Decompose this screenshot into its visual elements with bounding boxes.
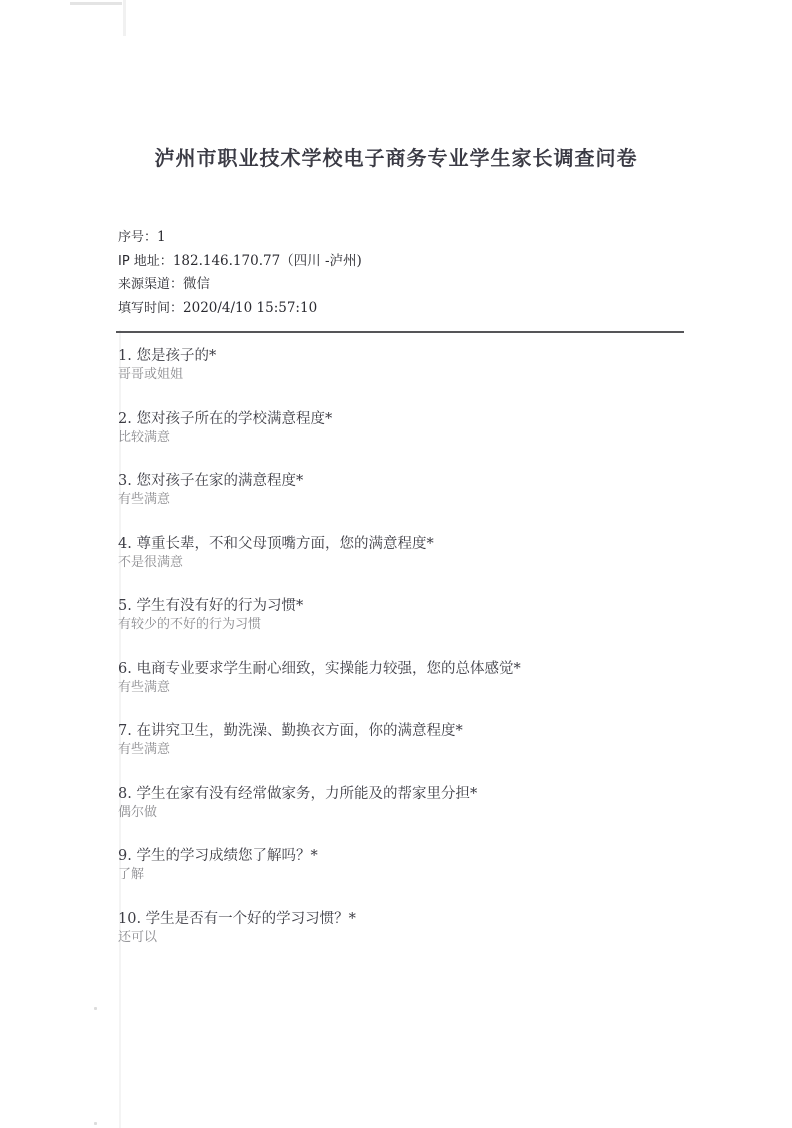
section-divider xyxy=(116,331,684,333)
question-item: 7. 在讲究卫生，勤洗澡、勤换衣方面，你的满意程度* 有些满意 xyxy=(118,721,718,784)
meta-value: 182.146.170.77（四川 -泸州) xyxy=(173,253,362,269)
question-title: 4. 尊重长辈，不和父母顶嘴方面，您的满意程度* xyxy=(118,534,718,554)
question-answer: 有较少的不好的行为习惯 xyxy=(118,616,718,634)
scan-artifact xyxy=(70,2,122,5)
question-item: 3. 您对孩子在家的满意程度* 有些满意 xyxy=(118,471,718,534)
question-answer: 有些满意 xyxy=(118,491,718,509)
meta-label: 填写时间： xyxy=(118,301,183,316)
meta-value: 微信 xyxy=(183,276,210,292)
question-title: 1. 您是孩子的* xyxy=(118,346,718,366)
scan-speck xyxy=(94,1007,97,1010)
meta-value: 1 xyxy=(157,229,166,245)
question-answer: 了解 xyxy=(118,866,718,884)
question-item: 5. 学生有没有好的行为习惯* 有较少的不好的行为习惯 xyxy=(118,596,718,659)
question-item: 2. 您对孩子所在的学校满意程度* 比较满意 xyxy=(118,409,718,472)
document-title: 泸州市职业技术学校电子商务专业学生家长调查问卷 xyxy=(0,142,792,171)
question-answer: 有些满意 xyxy=(118,741,718,759)
question-title: 3. 您对孩子在家的满意程度* xyxy=(118,471,718,491)
question-answer: 不是很满意 xyxy=(118,554,718,572)
question-answer: 比较满意 xyxy=(118,429,718,447)
question-title: 6. 电商专业要求学生耐心细致，实操能力较强，您的总体感觉* xyxy=(118,659,718,679)
question-answer: 哥哥或姐姐 xyxy=(118,366,718,384)
meta-serial-number: 序号：1 xyxy=(118,226,362,250)
question-answer: 有些满意 xyxy=(118,679,718,697)
question-item: 1. 您是孩子的* 哥哥或姐姐 xyxy=(118,346,718,409)
question-title: 10. 学生是否有一个好的学习习惯？* xyxy=(118,909,718,929)
question-answer: 还可以 xyxy=(118,929,718,947)
question-title: 2. 您对孩子所在的学校满意程度* xyxy=(118,409,718,429)
scan-artifact xyxy=(123,0,126,36)
meta-label: 来源渠道： xyxy=(118,277,183,292)
meta-fill-time: 填写时间：2020/4/10 15:57:10 xyxy=(118,297,362,321)
meta-source-channel: 来源渠道：微信 xyxy=(118,273,362,297)
question-item: 10. 学生是否有一个好的学习习惯？* 还可以 xyxy=(118,909,718,972)
meta-label: 序号： xyxy=(118,230,157,245)
response-metadata: 序号：1 IP 地址：182.146.170.77（四川 -泸州) 来源渠道：微… xyxy=(118,226,362,320)
question-answer: 偶尔做 xyxy=(118,804,718,822)
meta-value: 2020/4/10 15:57:10 xyxy=(183,300,317,316)
question-title: 8. 学生在家有没有经常做家务，力所能及的帮家里分担* xyxy=(118,784,718,804)
question-item: 4. 尊重长辈，不和父母顶嘴方面，您的满意程度* 不是很满意 xyxy=(118,534,718,597)
question-item: 6. 电商专业要求学生耐心细致，实操能力较强，您的总体感觉* 有些满意 xyxy=(118,659,718,722)
meta-label: IP 地址： xyxy=(118,254,173,269)
question-list: 1. 您是孩子的* 哥哥或姐姐 2. 您对孩子所在的学校满意程度* 比较满意 3… xyxy=(118,346,718,971)
question-title: 7. 在讲究卫生，勤洗澡、勤换衣方面，你的满意程度* xyxy=(118,721,718,741)
scan-speck xyxy=(94,1122,97,1125)
question-title: 5. 学生有没有好的行为习惯* xyxy=(118,596,718,616)
question-item: 9. 学生的学习成绩您了解吗？* 了解 xyxy=(118,846,718,909)
meta-ip-address: IP 地址：182.146.170.77（四川 -泸州) xyxy=(118,250,362,274)
question-title: 9. 学生的学习成绩您了解吗？* xyxy=(118,846,718,866)
question-item: 8. 学生在家有没有经常做家务，力所能及的帮家里分担* 偶尔做 xyxy=(118,784,718,847)
